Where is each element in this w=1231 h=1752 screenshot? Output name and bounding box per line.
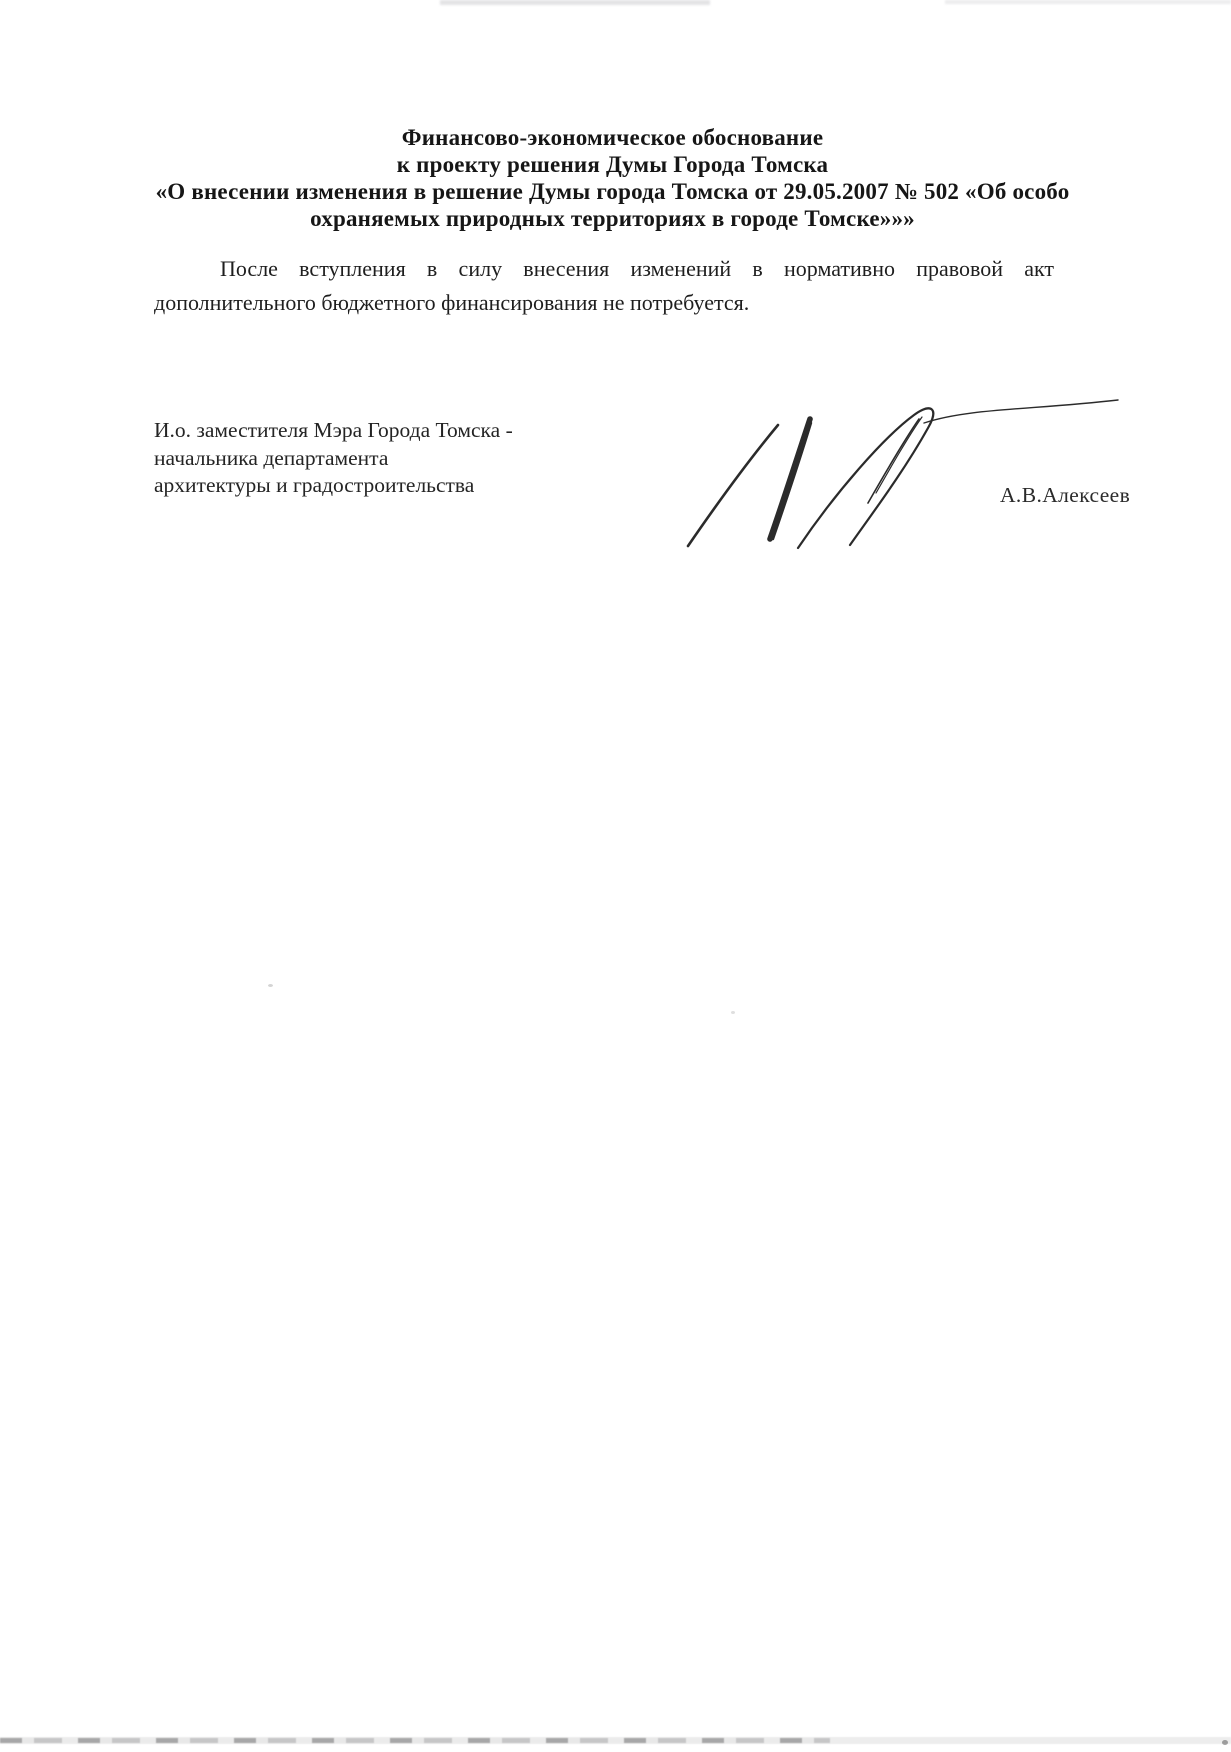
body-paragraph: После вступления в силу внесения изменен… (154, 252, 1054, 320)
body-line-2: дополнительного бюджетного финансировани… (154, 286, 1054, 320)
scan-artifact-bottom-band (0, 1737, 1231, 1744)
signer-position-line-2: начальника департамента (154, 445, 624, 473)
title-line-4: охраняемых природных территориях в город… (110, 205, 1115, 232)
scan-speck (268, 984, 273, 987)
title-line-2: к проекту решения Думы Города Томска (110, 151, 1115, 178)
signer-name: А.В.Алексеев (1000, 483, 1130, 508)
title-line-1: Финансово-экономическое обоснование (110, 124, 1115, 151)
title-line-3: «О внесении изменения в решение Думы гор… (110, 178, 1115, 205)
signer-position-line-1: И.о. заместителя Мэра Города Томска - (154, 417, 624, 445)
handwritten-signature-icon (670, 393, 1122, 551)
body-line-1: После вступления в силу внесения изменен… (154, 252, 1054, 286)
scan-speck (731, 1011, 735, 1014)
scan-artifact-top-left (440, 0, 710, 5)
scan-artifact-top-right (945, 0, 1231, 4)
scan-artifact-bottom-dashes (0, 1738, 830, 1743)
signer-position-block: И.о. заместителя Мэра Города Томска - на… (154, 417, 624, 500)
document-page: Финансово-экономическое обоснование к пр… (0, 0, 1231, 1752)
document-title: Финансово-экономическое обоснование к пр… (110, 124, 1115, 232)
signer-position-line-3: архитектуры и градостроительства (154, 472, 624, 500)
scan-speck (1222, 1740, 1228, 1745)
